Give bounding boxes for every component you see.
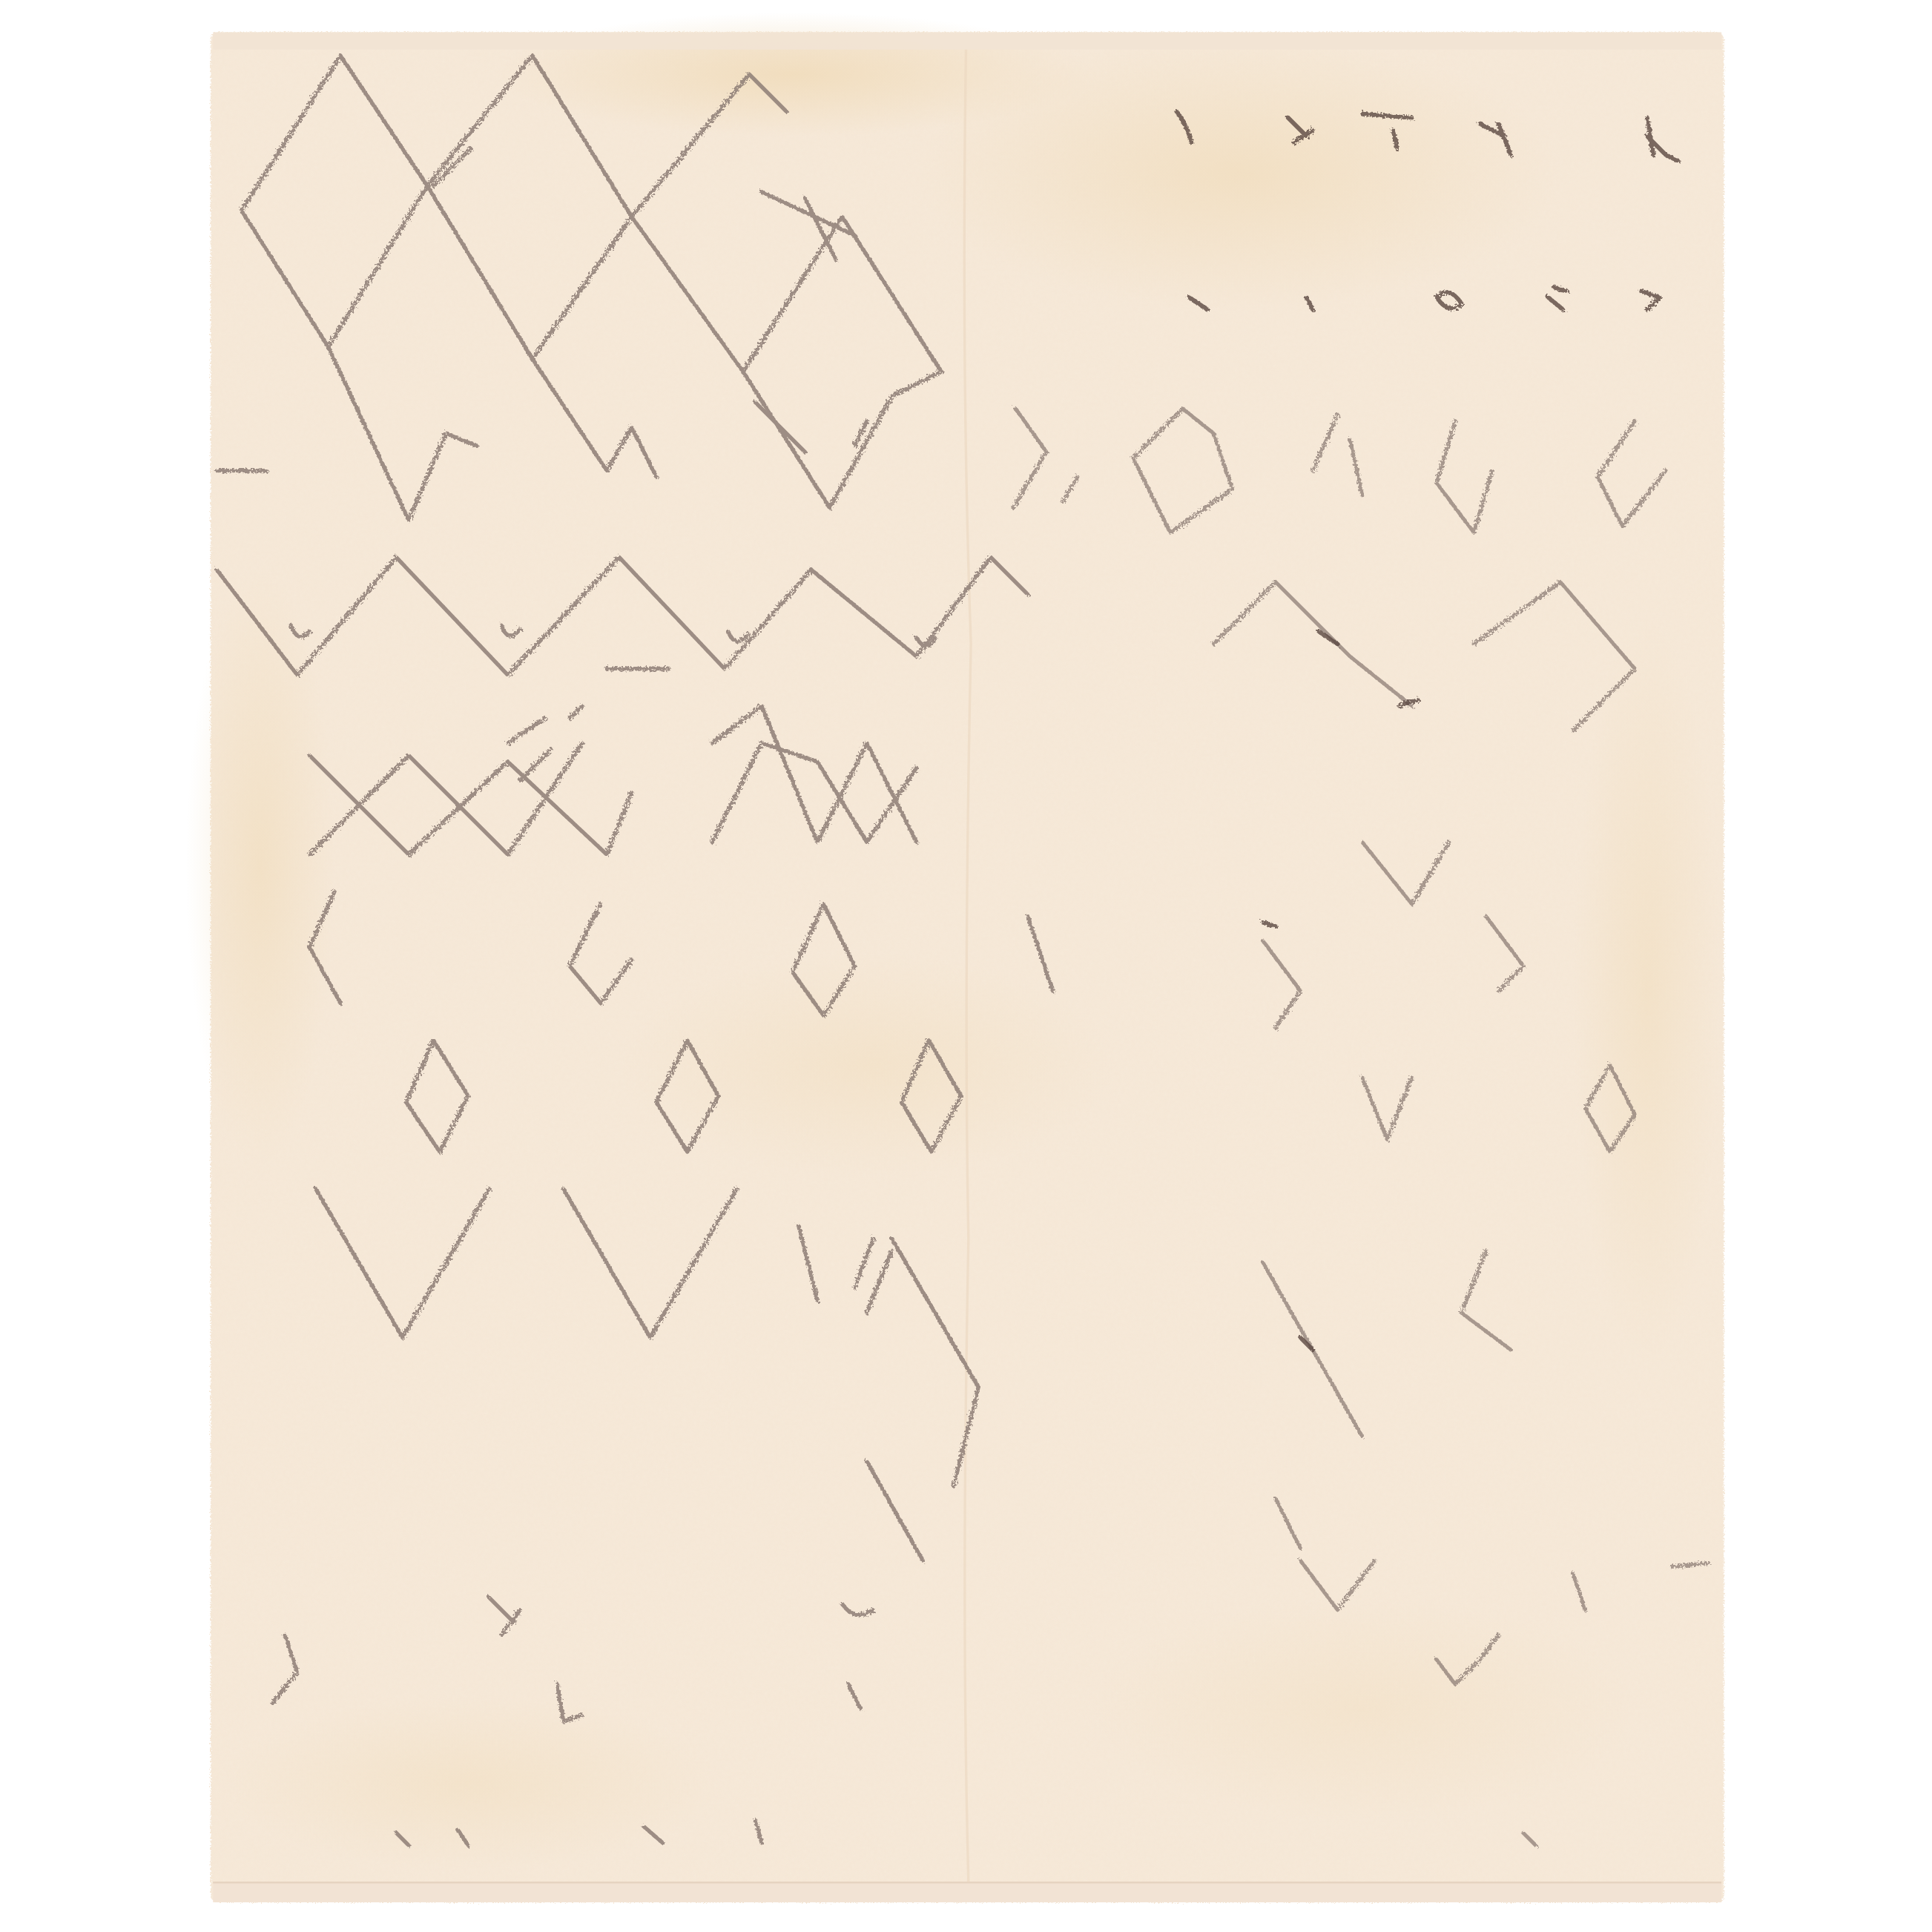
rug-illustration	[0, 0, 1932, 1932]
product-photo: Moroccan Beni Ourain style wool rug	[0, 0, 1932, 1932]
rug-body	[185, 13, 1724, 1902]
